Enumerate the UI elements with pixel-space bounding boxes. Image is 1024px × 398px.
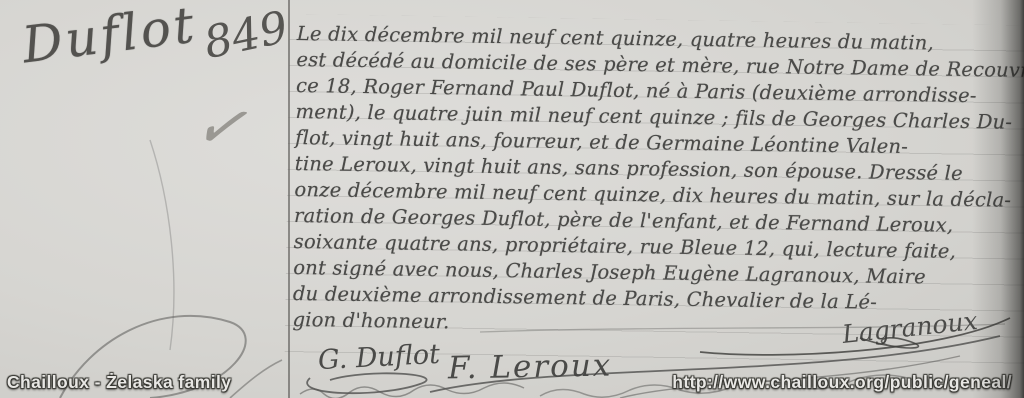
act-body: Le dix décembre mil neuf cent quinze, qu… (292, 21, 1015, 344)
signature-declarant: G. Duflot (317, 339, 440, 376)
watermark-url-caption: http://www.chailloux.org/public/geneal/ (672, 372, 1012, 393)
register-scan: Duflot 849 ✓ Le dix décembre mil neuf ce… (0, 0, 1024, 398)
watermark-family-caption: Chailloux - Żelaska family (7, 372, 231, 393)
margin-act-number: 849 (200, 2, 293, 69)
margin-surname: Duflot (19, 0, 200, 74)
signature-witness: F. Leroux (448, 348, 613, 387)
pencil-checkmark: ✓ (188, 83, 252, 170)
margin-rule-line (288, 0, 290, 398)
